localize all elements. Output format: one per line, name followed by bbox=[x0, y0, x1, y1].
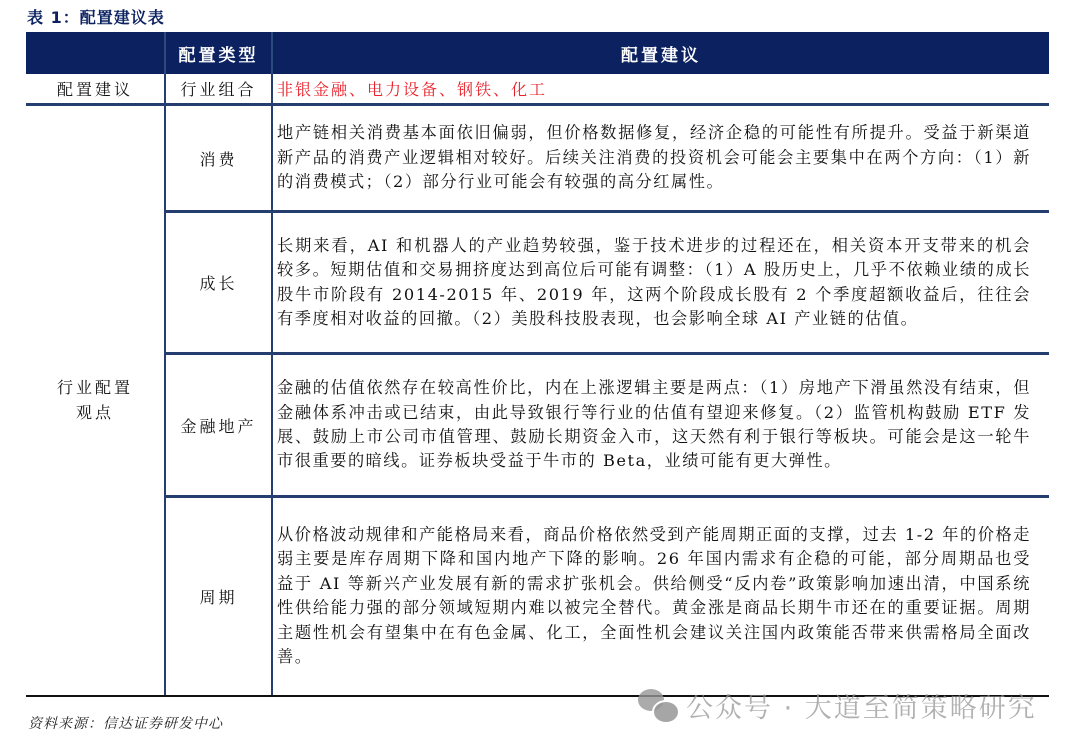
recommendation-row: 配置建议 行业组合 非银金融、电力设备、钢铁、化工 bbox=[26, 74, 1049, 105]
view-row-finance-realestate: 金融地产 金融的估值依然存在较高性价比，内在上涨逻辑主要是两点：（1）房地产下滑… bbox=[26, 354, 1049, 497]
allocation-table: 配置类型 配置建议 配置建议 行业组合 非银金融、电力设备、钢铁、化工 行业配置… bbox=[26, 32, 1049, 697]
view-row-cyclical: 周期 从价格波动规律和产能格局来看，商品价格依然受到产能周期正面的支撑，过去 1… bbox=[26, 497, 1049, 696]
view-text-cyclical: 从价格波动规律和产能格局来看，商品价格依然受到产能周期正面的支撑，过去 1-2 … bbox=[272, 497, 1049, 696]
header-cell-config-type: 配置类型 bbox=[165, 32, 272, 74]
source-note: 资料来源：信达证券研发中心 bbox=[28, 713, 223, 733]
view-text-finance-realestate: 金融的估值依然存在较高性价比，内在上涨逻辑主要是两点：（1）房地产下滑虽然没有结… bbox=[272, 354, 1049, 497]
view-text-consumption: 地产链相关消费基本面依旧偏弱，但价格数据修复，经济企稳的可能性有所提升。受益于新… bbox=[272, 105, 1049, 212]
view-type-finance-realestate: 金融地产 bbox=[165, 354, 272, 497]
view-text-growth: 长期来看，AI 和机器人的产业趋势较强，鉴于技术进步的过程还在，相关资本开支带来… bbox=[272, 212, 1049, 354]
header-cell-config-advice: 配置建议 bbox=[272, 32, 1049, 74]
view-type-cyclical: 周期 bbox=[165, 497, 272, 696]
view-group-label-text: 行业配置观点 bbox=[52, 375, 138, 425]
header-cell-empty bbox=[26, 32, 165, 74]
view-type-consumption: 消费 bbox=[165, 105, 272, 212]
view-group-label: 行业配置观点 bbox=[26, 105, 165, 696]
view-row-growth: 成长 长期来看，AI 和机器人的产业趋势较强，鉴于技术进步的过程还在，相关资本开… bbox=[26, 212, 1049, 354]
view-type-growth: 成长 bbox=[165, 212, 272, 354]
table-header-row: 配置类型 配置建议 bbox=[26, 32, 1049, 74]
view-row-consumption: 行业配置观点 消费 地产链相关消费基本面依旧偏弱，但价格数据修复，经济企稳的可能… bbox=[26, 105, 1049, 212]
recommended-industries: 非银金融、电力设备、钢铁、化工 bbox=[272, 74, 1049, 105]
recommendation-label: 配置建议 bbox=[26, 74, 165, 105]
table-caption: 表 1：配置建议表 bbox=[27, 5, 165, 28]
recommendation-type: 行业组合 bbox=[165, 74, 272, 105]
